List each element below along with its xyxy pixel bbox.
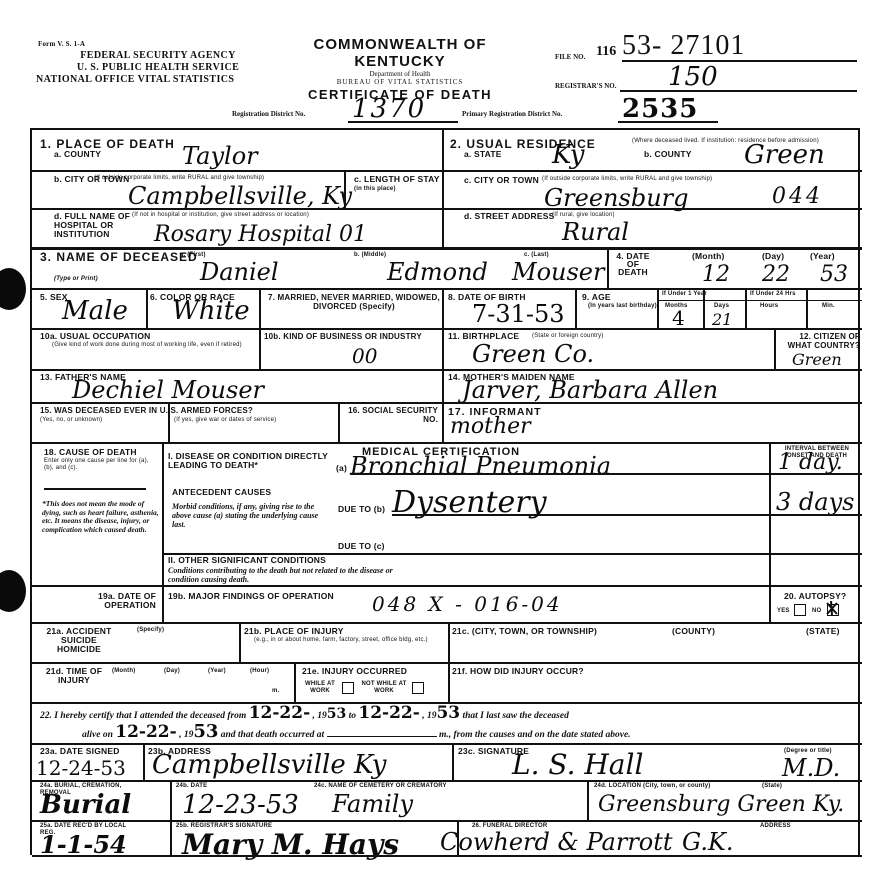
rule <box>769 553 862 555</box>
certify-text-2: that I last saw the deceased <box>463 711 569 721</box>
rule <box>344 170 346 208</box>
primary-district-underline <box>618 121 718 123</box>
funeral-address-label: ADDRESS <box>760 823 791 830</box>
citizen-label: 12. CITIZEN OF WHAT COUNTRY? <box>780 332 860 350</box>
birthplace-value: Green Co. <box>472 340 594 368</box>
armed-forces-label: 15. WAS DECEASED EVER IN U. S. ARMED FOR… <box>40 406 253 415</box>
length-of-stay-label: c. LENGTH OF STAY <box>354 175 440 184</box>
race-value: White <box>172 296 250 326</box>
length-of-stay-note: (in this place) <box>354 186 396 193</box>
rule <box>170 780 172 820</box>
middle-name-label: b. (Middle) <box>354 252 386 259</box>
rule <box>32 622 862 624</box>
certify-text-3: and that death occurred at <box>221 730 324 740</box>
age-under-1yr-label: If Under 1 Year <box>662 291 707 298</box>
place-of-injury-note: (e.g., in or about home, farm, factory, … <box>254 637 454 644</box>
funeral-address-value: G.K. <box>682 828 734 856</box>
injury-state-label: (STATE) <box>806 627 840 636</box>
alive-on-year: 53 <box>193 721 218 742</box>
death-year-label: (Year) <box>810 252 835 261</box>
agency-line-3: NATIONAL OFFICE VITAL STATISTICS <box>36 74 278 86</box>
injury-day-label: (Day) <box>164 668 180 675</box>
bureau-label: BUREAU OF VITAL STATISTICS <box>290 78 510 86</box>
residence-county-value: Green <box>744 140 825 170</box>
year-prefix-3: , 19 <box>179 730 193 740</box>
file-no-value: 53- 27101 <box>622 30 745 62</box>
rule <box>259 288 261 328</box>
rule <box>146 288 148 328</box>
autopsy-no-checkbox[interactable] <box>827 604 839 616</box>
ssn-label: 16. SOCIAL SECURITY NO. <box>344 406 438 424</box>
injury-m-label: m. <box>272 688 279 695</box>
cemetery-value: Family <box>332 790 413 818</box>
rule <box>575 288 577 328</box>
first-name-value: Daniel <box>200 258 279 286</box>
burial-value: Burial <box>40 790 131 820</box>
year-prefix-1: , 19 <box>313 711 327 721</box>
check-mark-icon <box>826 601 838 615</box>
rule <box>32 820 862 822</box>
certify-text-4: m., from the causes and on the date stat… <box>439 730 631 740</box>
address-value: Campbellsville Ky <box>152 750 386 780</box>
rule <box>774 328 776 369</box>
interval-a-value: 1 day. <box>778 450 843 475</box>
due-to-c-label: DUE TO (c) <box>338 542 385 551</box>
business-label: 10b. KIND OF BUSINESS OR INDUSTRY <box>264 332 440 341</box>
registrar-no-underline <box>620 90 857 92</box>
business-value: 00 <box>352 344 377 368</box>
mother-name-value: Jarver, Barbara Allen <box>462 376 718 404</box>
cause-note: Enter only one cause per line for (a), (… <box>44 458 156 472</box>
father-name-value: Dechiel Mouser <box>72 376 264 404</box>
rule <box>239 622 241 662</box>
punch-hole-bottom <box>0 570 26 612</box>
coding-value: 048 X - 016-04 <box>372 592 563 616</box>
rule <box>170 820 172 857</box>
date-of-birth-value: 7-31-53 <box>472 300 565 328</box>
rule <box>769 473 862 475</box>
rule <box>452 743 454 780</box>
age-note: (In years last birthday) <box>588 303 657 310</box>
sex-value: Male <box>62 296 128 326</box>
degree-value: M.D. <box>782 754 840 782</box>
injury-month-label: (Month) <box>112 668 135 675</box>
age-days-label: Days <box>714 303 729 310</box>
rule <box>44 488 146 490</box>
rule <box>32 442 862 444</box>
injury-year-label: (Year) <box>208 668 226 675</box>
agency-line-2: U. S. PUBLIC HEALTH SERVICE <box>38 62 278 74</box>
rule <box>769 514 862 516</box>
age-hours-label: Hours <box>760 303 778 310</box>
rule <box>32 288 862 290</box>
line-a-value: Bronchial Pneumonia <box>350 452 611 480</box>
state-title: COMMONWEALTH OF KENTUCKY <box>290 36 510 70</box>
alive-on-text: alive on <box>82 730 113 740</box>
to-text: to <box>349 711 356 721</box>
residence-state-value: Ky <box>552 140 584 170</box>
rule <box>338 402 340 442</box>
armed-forces-note-b: (If yes, give war or dates of service) <box>174 417 276 424</box>
agency-line-1: FEDERAL SECURITY AGENCY <box>38 50 278 62</box>
while-at-work-label: WHILE AT WORK <box>300 681 340 695</box>
occupation-note: (Give kind of work done during most of w… <box>52 342 252 349</box>
rule <box>32 208 442 210</box>
death-county-label: a. COUNTY <box>54 150 101 159</box>
alive-on-date: 12-22- <box>115 722 176 742</box>
cause-footnote: *This does not mean the mode of dying, s… <box>42 500 160 534</box>
age-min-label: Min. <box>822 303 835 310</box>
attended-to-year: 53 <box>436 703 460 723</box>
interval-b-value: 3 days <box>776 488 854 516</box>
primary-district-label: Primary Registration District No. <box>462 110 562 118</box>
hospital-value: Rosary Hospital 01 <box>154 222 367 247</box>
cause-of-death-label: 18. CAUSE OF DEATH <box>44 448 137 457</box>
rule <box>32 585 862 587</box>
location-state-label: (State) <box>762 783 782 790</box>
citizen-value: Green <box>792 350 842 369</box>
attended-from-date: 12-22- <box>249 703 310 723</box>
date-of-death-label: 4. DATE OF DEATH <box>614 252 652 276</box>
autopsy-label: 20. AUTOPSY? <box>784 592 846 601</box>
death-time-blank <box>327 736 437 737</box>
middle-name-value: Edmond <box>387 258 488 286</box>
residence-county-label: b. COUNTY <box>644 150 692 159</box>
last-name-value: Mouser <box>512 258 604 286</box>
agency-header: Form V. S. 1-A FEDERAL SECURITY AGENCY U… <box>38 40 278 86</box>
place-of-injury-label: 21b. PLACE OF INJURY <box>244 627 344 636</box>
operation-date-label: 19a. DATE OF OPERATION <box>44 592 156 610</box>
certification-line-1: 22. I hereby certify that I attended the… <box>40 709 569 721</box>
rule <box>32 402 862 404</box>
autopsy-yes-label: YES <box>777 608 790 615</box>
rule <box>32 780 862 782</box>
burial-date-label: 24b. DATE <box>176 783 207 790</box>
rule <box>769 585 771 622</box>
hospital-note: (If not in hospital or institution, give… <box>132 212 309 219</box>
primary-district-value: 2535 <box>622 94 698 124</box>
residence-street-value: Rural <box>562 218 629 246</box>
name-of-deceased-label: 3. NAME OF DECEASED <box>40 252 198 263</box>
divider-1-2 <box>442 130 444 247</box>
rule <box>259 328 261 369</box>
cemetery-label: 24c. NAME OF CEMETERY OR CREMATORY <box>314 783 447 790</box>
line-a-label: (a) <box>336 464 347 473</box>
form-number: Form V. S. 1-A <box>38 40 278 48</box>
attended-to-date: 12-22- <box>358 703 419 723</box>
rule <box>350 473 778 475</box>
age-months-value: 4 <box>672 306 685 330</box>
death-year-value: 53 <box>820 262 848 287</box>
file-no-prefix: 116 <box>596 44 616 60</box>
age-days-value: 21 <box>712 310 732 329</box>
burial-date-value: 12-23-53 <box>182 790 299 820</box>
rule <box>32 743 862 745</box>
certificate-form: 1. PLACE OF DEATH a. COUNTY Taylor b. CI… <box>30 128 860 855</box>
residence-city-label: c. CITY OR TOWN <box>464 176 539 185</box>
rule <box>392 514 778 516</box>
death-day-value: 22 <box>762 262 790 287</box>
rule <box>587 780 589 820</box>
residence-street-label: d. STREET ADDRESS <box>464 212 554 221</box>
antecedent-note: Morbid conditions, if any, giving rise t… <box>172 502 332 529</box>
part2-note: Conditions contributing to the death but… <box>168 566 408 584</box>
due-to-b-label: DUE TO (b) <box>338 505 385 514</box>
occupation-label: 10a. USUAL OCCUPATION <box>40 332 150 341</box>
date-signed-value: 12-24-53 <box>36 756 126 780</box>
residence-state-label: a. STATE <box>464 150 502 159</box>
certification-line-2: alive on 12-22- , 1953 and that death oc… <box>82 727 631 740</box>
location-label: 24d. LOCATION (City, town, or county) <box>594 783 711 790</box>
marital-status-label: 7. MARRIED, NEVER MARRIED, WIDOWED, DIVO… <box>264 293 444 311</box>
attended-from-year: 53 <box>327 706 346 722</box>
rule <box>32 662 862 664</box>
death-county-value: Taylor <box>182 142 258 170</box>
date-signed-label: 23a. DATE SIGNED <box>40 747 120 756</box>
rule <box>162 585 164 622</box>
part2-label: II. OTHER SIGNIFICANT CONDITIONS <box>168 556 326 565</box>
rule <box>442 208 862 210</box>
time-of-injury-label: 21d. TIME OF INJURY <box>44 667 104 685</box>
rule <box>32 328 862 330</box>
certify-text-1: 22. I hereby certify that I attended the… <box>40 711 246 721</box>
residence-city-note: (If outside corporate limits, write RURA… <box>542 176 712 183</box>
rule <box>657 288 659 328</box>
accident-specify-label: (Specify) <box>137 627 164 634</box>
injury-city-label: 21c. (CITY, TOWN, OR TOWNSHIP) <box>452 627 597 636</box>
rule <box>32 369 862 371</box>
injury-hour-label: (Hour) <box>250 668 269 675</box>
age-label: 9. AGE <box>582 293 611 302</box>
accident-label: 21a. ACCIDENT SUICIDE HOMICIDE <box>44 627 114 654</box>
file-no-label: FILE NO. <box>555 53 585 61</box>
birthplace-note: (State or foreign country) <box>532 333 604 340</box>
file-no-underline <box>622 60 857 62</box>
death-month-value: 12 <box>702 262 730 287</box>
rule <box>294 662 296 702</box>
age-under-24-label: If Under 24 Hrs <box>750 291 796 298</box>
death-month-label: (Month) <box>692 252 725 261</box>
residence-city-code: 044 <box>772 184 823 209</box>
injury-occurred-label: 21e. INJURY OCCURRED <box>302 667 407 676</box>
while-at-work-checkbox[interactable] <box>342 682 354 694</box>
registration-district-value: 1370 <box>352 94 426 124</box>
rule <box>745 288 747 328</box>
location-value: Greensburg Green Ky. <box>598 792 844 817</box>
armed-forces-note-a: (Yes, no, or unknown) <box>40 417 102 424</box>
registration-district-underline <box>348 121 458 123</box>
not-while-at-work-label: NOT WHILE AT WORK <box>358 681 410 695</box>
certificate-header: COMMONWEALTH OF KENTUCKY Department of H… <box>290 36 510 102</box>
rule <box>168 402 170 442</box>
rule <box>657 300 862 301</box>
rule <box>32 855 862 857</box>
funeral-director-value: Cowherd & Parrott <box>440 828 673 856</box>
rule <box>32 170 442 172</box>
rule <box>607 247 609 288</box>
signature-value: L. S. Hall <box>512 748 643 781</box>
death-city-note: (If outside corporate limits, write RURA… <box>94 175 264 182</box>
rule <box>162 442 164 594</box>
department-label: Department of Health <box>290 70 510 78</box>
year-prefix-2: , 19 <box>422 711 436 721</box>
death-day-label: (Day) <box>762 252 784 261</box>
name-note: (Type or Print) <box>54 276 98 283</box>
rule <box>806 288 808 328</box>
antecedent-label: ANTECEDENT CAUSES <box>172 488 271 497</box>
autopsy-yes-checkbox[interactable] <box>794 604 806 616</box>
registration-district-label: Registration District No. <box>232 110 305 118</box>
rule <box>143 743 145 780</box>
operation-findings-label: 19b. MAJOR FINDINGS OF OPERATION <box>168 592 334 601</box>
registrar-no-label: REGISTRAR'S NO. <box>555 82 616 90</box>
death-city-value: Campbellsville, Ky <box>128 182 352 210</box>
how-injury-occurred-label: 21f. HOW DID INJURY OCCUR? <box>452 667 584 676</box>
autopsy-no-label: NO <box>812 608 821 615</box>
rule <box>442 170 862 172</box>
injury-county-label: (COUNTY) <box>672 627 715 636</box>
informant-value: mother <box>450 414 531 439</box>
not-while-at-work-checkbox[interactable] <box>412 682 424 694</box>
punch-hole-top <box>0 268 26 310</box>
rule <box>442 369 444 442</box>
registrar-no-value: 150 <box>668 62 718 92</box>
